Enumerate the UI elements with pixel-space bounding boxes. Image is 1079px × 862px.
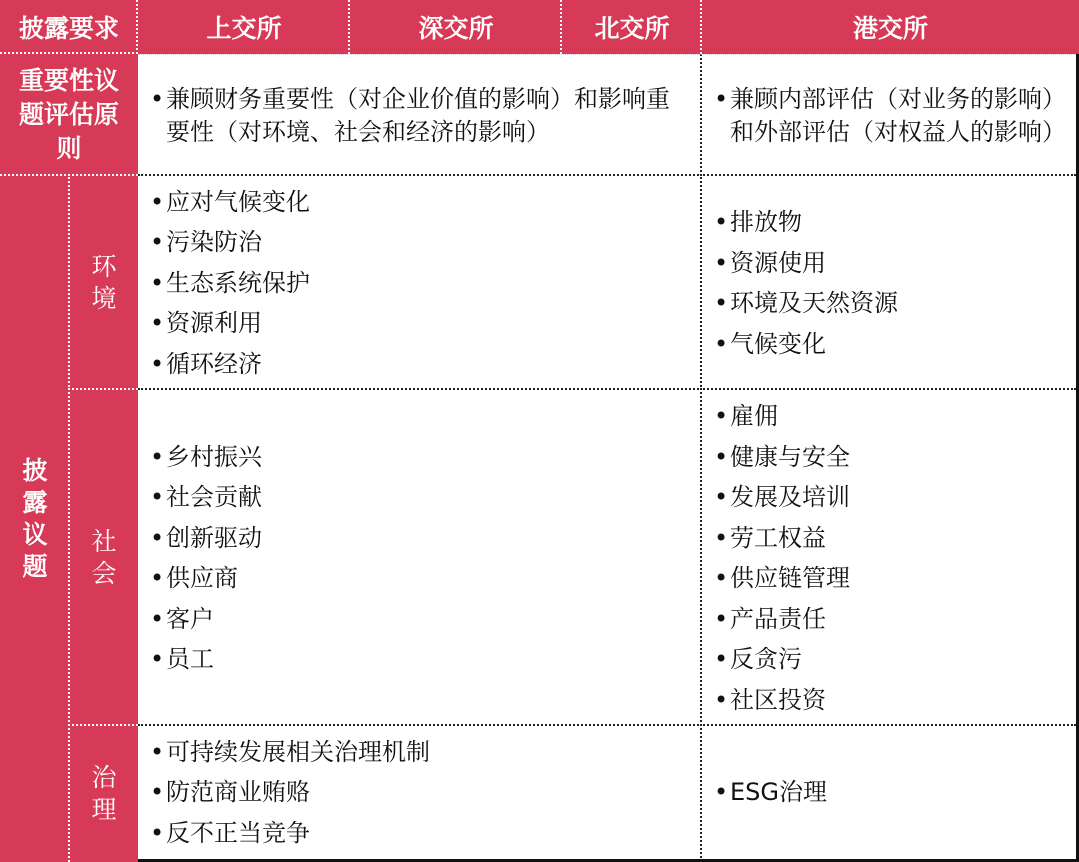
list-item: 产品责任: [714, 599, 1076, 640]
list-item: 反贪污: [714, 639, 1076, 680]
list-item: 雇佣: [714, 396, 1076, 437]
governance-mainland: 可持续发展相关治理机制 防范商业贿赂 反不正当竞争: [138, 724, 702, 862]
list-item: 资源利用: [150, 303, 702, 344]
environment-label: 环境: [68, 174, 138, 390]
disclosure-comparison-table: 披露要求 上交所 深交所 北交所 港交所 重要性议题评估原则 兼顾财务重要性（对…: [0, 0, 1079, 862]
list-item: 可持续发展相关治理机制: [150, 732, 702, 773]
list-item: 气候变化: [714, 324, 1076, 365]
list-item: 兼顾内部评估（对业务的影响）和外部评估（对权益人的影响）: [714, 83, 1066, 149]
list-item: 兼顾财务重要性（对企业价值的影响）和影响重要性（对环境、社会和经济的影响）: [150, 83, 682, 149]
governance-label: 治理: [68, 724, 138, 862]
list-item: 应对气候变化: [150, 182, 702, 223]
header-sse: 上交所: [136, 0, 350, 54]
environment-label-text: 环境: [89, 251, 119, 315]
list-item: 生态系统保护: [150, 263, 702, 304]
social-label-text: 社会: [89, 526, 119, 590]
disclosure-label-text: 披露议题: [20, 455, 50, 583]
header-bse: 北交所: [560, 0, 702, 54]
list-item: 乡村振兴: [150, 437, 702, 478]
governance-hkex: ESG治理: [700, 724, 1076, 862]
list-item: 创新驱动: [150, 518, 702, 559]
list-item: 循环经济: [150, 344, 702, 385]
list-item: 污染防治: [150, 222, 702, 263]
disclosure-label: 披露议题: [0, 174, 70, 862]
list-item: 社区投资: [714, 680, 1076, 721]
materiality-mainland: 兼顾财务重要性（对企业价值的影响）和影响重要性（对环境、社会和经济的影响）: [138, 54, 702, 176]
social-label: 社会: [68, 388, 138, 726]
list-item: 健康与安全: [714, 437, 1076, 478]
environment-mainland: 应对气候变化 污染防治 生态系统保护 资源利用 循环经济: [138, 174, 702, 390]
list-item: 排放物: [714, 202, 1076, 243]
list-item: 供应链管理: [714, 558, 1076, 599]
list-item: ESG治理: [714, 772, 1076, 813]
list-item: 反不正当竞争: [150, 813, 702, 854]
list-item: 社会贡献: [150, 477, 702, 518]
list-item: 劳工权益: [714, 518, 1076, 559]
materiality-hkex: 兼顾内部评估（对业务的影响）和外部评估（对权益人的影响）: [700, 54, 1076, 176]
list-item: 环境及天然资源: [714, 283, 1076, 324]
materiality-label-text: 重要性议题评估原则: [14, 64, 124, 166]
list-item: 资源使用: [714, 243, 1076, 284]
social-mainland: 乡村振兴 社会贡献 创新驱动 供应商 客户 员工: [138, 388, 702, 726]
header-hkex: 港交所: [700, 0, 1079, 54]
list-item: 员工: [150, 639, 702, 680]
environment-hkex: 排放物 资源使用 环境及天然资源 气候变化: [700, 174, 1076, 390]
header-corner: 披露要求: [0, 0, 138, 54]
list-item: 客户: [150, 599, 702, 640]
list-item: 发展及培训: [714, 477, 1076, 518]
header-szse: 深交所: [348, 0, 562, 54]
list-item: 供应商: [150, 558, 702, 599]
governance-label-text: 治理: [89, 762, 119, 826]
list-item: 防范商业贿赂: [150, 772, 702, 813]
social-hkex: 雇佣 健康与安全 发展及培训 劳工权益 供应链管理 产品责任 反贪污 社区投资: [700, 388, 1076, 726]
materiality-label: 重要性议题评估原则: [0, 52, 138, 176]
